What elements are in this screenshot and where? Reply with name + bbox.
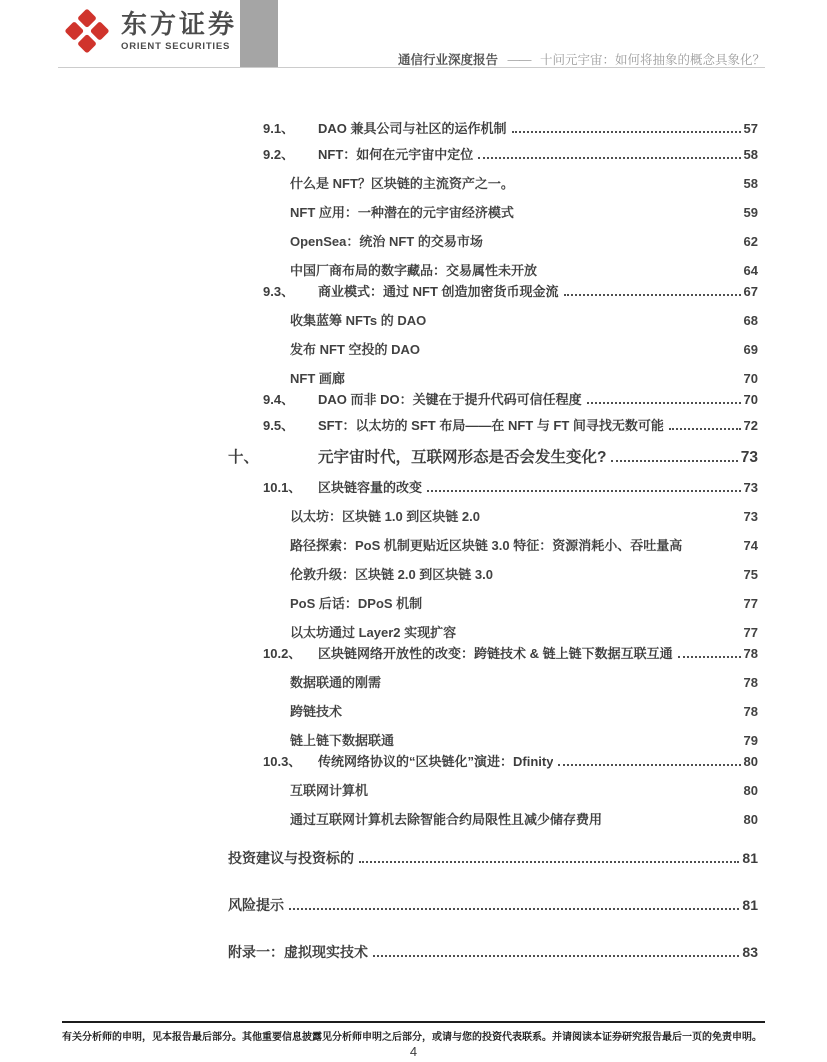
toc-entry-label: 链上链下数据联通 (290, 733, 394, 748)
toc-entry: 什么是 NFT？区块链的主流资产之一。58 (228, 176, 758, 191)
toc-entry: 数据联通的刚需78 (228, 675, 758, 690)
toc-entry-number: 9.4、 (263, 392, 318, 407)
toc-entry-page: 80 (744, 754, 758, 769)
toc-entry: 十、元宇宙时代，互联网形态是否会发生变化?73 (228, 447, 758, 469)
toc-entry-page: 58 (744, 176, 758, 191)
toc-entry-page: 78 (744, 704, 758, 719)
toc-entry-page: 80 (744, 783, 758, 798)
toc-entry-label: NFT：如何在元宇宙中定位 (318, 147, 473, 162)
toc-entry-page: 62 (744, 234, 758, 249)
toc-entry-page: 78 (744, 646, 758, 661)
toc-entry-label: 什么是 NFT？区块链的主流资产之一。 (290, 176, 514, 191)
toc-leader-dots (611, 460, 737, 462)
toc-entry-number: 9.1、 (263, 121, 318, 136)
toc-entry-page: 74 (744, 538, 758, 553)
toc-entry-label: 路径探索：PoS 机制更贴近区块链 3.0 特征：资源消耗小、吞吐量高 (290, 538, 682, 553)
toc-entry-page: 73 (744, 480, 758, 495)
toc-entry: 10.1、区块链容量的改变73 (228, 480, 758, 495)
toc-leader-dots (558, 764, 740, 766)
toc-entry-page: 58 (744, 147, 758, 162)
toc-entry-page: 80 (744, 812, 758, 827)
toc-leader-dots (478, 157, 740, 159)
header-divider (58, 67, 765, 68)
toc-entry-label: 发布 NFT 空投的 DAO (290, 342, 420, 357)
toc-entry: 伦敦升级：区块链 2.0 到区块链 3.075 (228, 567, 758, 582)
toc-entry-page: 70 (744, 371, 758, 386)
logo-english-name: ORIENT SECURITIES (121, 41, 237, 52)
toc-entry-label: 数据联通的刚需 (290, 675, 381, 690)
footer-disclaimer: 有关分析师的申明，见本报告最后部分。其他重要信息披露见分析师申明之后部分，或请与… (62, 1028, 765, 1043)
toc-entry-label: 附录一：虚拟现实技术 (228, 942, 368, 962)
toc-entry: 9.4、DAO 而非 DO：关键在于提升代码可信任程度70 (228, 392, 758, 407)
toc-entry: 以太坊：区块链 1.0 到区块链 2.073 (228, 509, 758, 524)
toc-entry-page: 73 (741, 447, 758, 469)
toc-entry-label: 以太坊通过 Layer2 实现扩容 (290, 625, 456, 640)
toc-entry: 10.3、传统网络协议的“区块链化”演进：Dfinity80 (228, 754, 758, 769)
toc-entry-page: 75 (744, 567, 758, 582)
toc-entry: 跨链技术78 (228, 704, 758, 719)
toc-entry: 投资建议与投资标的81 (228, 848, 758, 868)
toc-entry-page: 81 (742, 848, 758, 868)
toc-entry-page: 78 (744, 675, 758, 690)
footer-divider (62, 1021, 765, 1023)
toc-entry-label: 中国厂商布局的数字藏品：交易属性未开放 (290, 263, 537, 278)
toc-entry: NFT 画廊70 (228, 371, 758, 386)
toc-entry-page: 57 (744, 121, 758, 136)
toc-entry-label: 传统网络协议的“区块链化”演进：Dfinity (318, 754, 553, 769)
toc-entry-label: 商业模式：通过 NFT 创造加密货币现金流 (318, 284, 559, 299)
toc-entry-page: 77 (744, 596, 758, 611)
toc-entry: NFT 应用：一种潜在的元宇宙经济模式59 (228, 205, 758, 220)
toc-entry-number: 10.3、 (263, 754, 318, 769)
toc-leader-dots (427, 490, 741, 492)
toc-leader-dots (678, 656, 741, 658)
toc-entry: PoS 后话：DPoS 机制77 (228, 596, 758, 611)
toc-entry: 风险提示81 (228, 895, 758, 915)
report-type-label: 通信行业深度报告 (398, 53, 498, 67)
toc-entry: 10.2、区块链网络开放性的改变：跨链技术 & 链上链下数据互联互通78 (228, 646, 758, 661)
toc-entry-page: 83 (742, 942, 758, 962)
toc-entry-label: 以太坊：区块链 1.0 到区块链 2.0 (290, 509, 480, 524)
toc-entry-page: 72 (744, 418, 758, 433)
toc-entry: OpenSea：统治 NFT 的交易市场62 (228, 234, 758, 249)
toc-entry-number: 10.1、 (263, 480, 318, 495)
toc-entry-page: 68 (744, 313, 758, 328)
toc-entry: 通过互联网计算机去除智能合约局限性且减少储存费用80 (228, 812, 758, 827)
toc-entry-label: 通过互联网计算机去除智能合约局限性且减少储存费用 (290, 812, 602, 827)
toc-entry-label: 区块链容量的改变 (318, 480, 422, 495)
toc-leader-dots (564, 294, 741, 296)
toc-entry-page: 81 (742, 895, 758, 915)
toc-entry-label: DAO 而非 DO：关键在于提升代码可信任程度 (318, 392, 582, 407)
report-header-line: 通信行业深度报告 —— 十问元宇宙：如何将抽象的概念具象化？ (398, 50, 765, 68)
toc-entry-page: 69 (744, 342, 758, 357)
orient-securities-logo: 东方证券 ORIENT SECURITIES (62, 6, 237, 56)
toc-entry: 互联网计算机80 (228, 783, 758, 798)
toc-entry: 路径探索：PoS 机制更贴近区块链 3.0 特征：资源消耗小、吞吐量高74 (228, 538, 758, 553)
toc-entry: 收集蓝筹 NFTs 的 DAO68 (228, 313, 758, 328)
toc-entry-number: 9.3、 (263, 284, 318, 299)
toc-entry: 发布 NFT 空投的 DAO69 (228, 342, 758, 357)
toc-leader-dots (289, 908, 739, 910)
report-title-separator: —— (508, 53, 531, 67)
toc-entry-number: 10.2、 (263, 646, 318, 661)
logo-chinese-name: 东方证券 (121, 10, 237, 40)
toc-entry-number: 9.2、 (263, 147, 318, 162)
toc-entry-label: DAO 兼具公司与社区的运作机制 (318, 121, 507, 136)
toc-entry-label: 伦敦升级：区块链 2.0 到区块链 3.0 (290, 567, 493, 582)
toc-entry-label: NFT 应用：一种潜在的元宇宙经济模式 (290, 205, 514, 220)
toc-entry-label: 元宇宙时代，互联网形态是否会发生变化? (318, 447, 606, 469)
toc-entry-page: 73 (744, 509, 758, 524)
toc-entry-number: 十、 (228, 447, 318, 469)
toc-leader-dots (373, 955, 739, 957)
toc-leader-dots (359, 861, 739, 863)
toc-entry-number: 9.5、 (263, 418, 318, 433)
toc-entry: 以太坊通过 Layer2 实现扩容77 (228, 625, 758, 640)
toc-entry-page: 67 (744, 284, 758, 299)
toc-entry-page: 64 (744, 263, 758, 278)
toc-leader-dots (587, 402, 741, 404)
toc-entry-page: 79 (744, 733, 758, 748)
report-title: 十问元宇宙：如何将抽象的概念具象化？ (540, 53, 765, 67)
header-gray-bar (240, 0, 278, 67)
toc-leader-dots (669, 428, 741, 430)
toc-entry-page: 70 (744, 392, 758, 407)
orient-securities-logo-icon (62, 6, 112, 56)
toc-entry-label: PoS 后话：DPoS 机制 (290, 596, 422, 611)
toc-leader-dots (512, 131, 741, 133)
toc-entry: 链上链下数据联通79 (228, 733, 758, 748)
toc-entry: 9.3、商业模式：通过 NFT 创造加密货币现金流67 (228, 284, 758, 299)
toc-entry-label: 跨链技术 (290, 704, 342, 719)
toc: 9.1、DAO 兼具公司与社区的运作机制579.2、NFT：如何在元宇宙中定位5… (228, 110, 758, 962)
toc-entry-label: 风险提示 (228, 895, 284, 915)
page-number: 4 (0, 1044, 827, 1059)
toc-entry-label: 互联网计算机 (290, 783, 368, 798)
toc-entry: 9.1、DAO 兼具公司与社区的运作机制57 (228, 121, 758, 136)
toc-entry: 附录一：虚拟现实技术83 (228, 942, 758, 962)
toc-entry: 9.2、NFT：如何在元宇宙中定位58 (228, 147, 758, 162)
toc-entry: 9.5、SFT：以太坊的 SFT 布局——在 NFT 与 FT 间寻找无数可能7… (228, 418, 758, 433)
toc-entry-label: OpenSea：统治 NFT 的交易市场 (290, 234, 483, 249)
toc-entry-page: 77 (744, 625, 758, 640)
toc-entry-label: 收集蓝筹 NFTs 的 DAO (290, 313, 426, 328)
toc-entry-label: NFT 画廊 (290, 371, 345, 386)
toc-entry-label: 区块链网络开放性的改变：跨链技术 & 链上链下数据互联互通 (318, 646, 673, 661)
toc-entry: 中国厂商布局的数字藏品：交易属性未开放64 (228, 263, 758, 278)
toc-entry-page: 59 (744, 205, 758, 220)
toc-entry-label: SFT：以太坊的 SFT 布局——在 NFT 与 FT 间寻找无数可能 (318, 418, 664, 433)
toc-entry-label: 投资建议与投资标的 (228, 848, 354, 868)
